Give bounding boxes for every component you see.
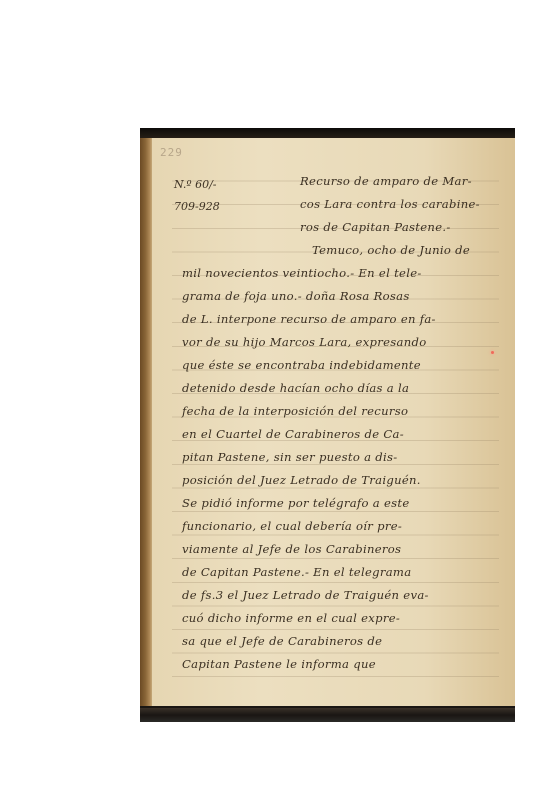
handwritten-line: sa que el Jefe de Carabineros de — [182, 634, 382, 648]
handwritten-line: Capitan Pastene le informa que — [182, 657, 376, 671]
handwritten-line: pitan Pastene, sin ser puesto a dis- — [182, 450, 397, 464]
margin-note-range: 709-928 — [174, 200, 220, 213]
handwritten-line: detenido desde hacían ocho días a la — [182, 381, 409, 395]
handwritten-line: de fs.3 el Juez Letrado de Traiguén eva- — [182, 588, 429, 602]
handwritten-line: ros de Capitan Pastene.- — [300, 220, 451, 234]
handwritten-line: en el Cuartel de Carabineros de Ca- — [182, 427, 404, 441]
ledger-page: 229 N.º 60/- 709-928 Recurso de amparo d… — [152, 138, 515, 706]
handwritten-line: funcionario, el cual debería oír pre- — [182, 519, 402, 533]
handwritten-line: Recurso de amparo de Mar- — [300, 174, 472, 188]
handwritten-line: de Capitan Pastene.- En el telegrama — [182, 565, 411, 579]
handwritten-line: cuó dicho informe en el cual expre- — [182, 611, 400, 625]
handwritten-line: vor de su hijo Marcos Lara, expresando — [182, 335, 427, 349]
book-bottom-shadow — [140, 708, 515, 722]
handwritten-line: Se pidió informe por telégrafo a este — [182, 496, 410, 510]
handwritten-line: grama de foja uno.- doña Rosa Rosas — [182, 289, 410, 303]
handwritten-line: viamente al Jefe de los Carabineros — [182, 542, 401, 556]
document-photo: 229 N.º 60/- 709-928 Recurso de amparo d… — [140, 128, 515, 722]
page-number: 229 — [160, 146, 183, 159]
handwritten-line: fecha de la interposición del recurso — [182, 404, 408, 418]
handwritten-line: cos Lara contra los carabine- — [300, 197, 480, 211]
handwritten-line: de L. interpone recurso de amparo en fa- — [182, 312, 436, 326]
handwritten-line: Temuco, ocho de Junio de — [312, 243, 470, 257]
handwritten-line: que éste se encontraba indebidamente — [182, 358, 421, 372]
margin-note-number: N.º 60/- — [174, 178, 217, 191]
light-reflection — [491, 351, 494, 354]
handwritten-line: mil novecientos veintiocho.- En el tele- — [182, 266, 422, 280]
handwritten-line: posición del Juez Letrado de Traiguén. — [182, 473, 421, 487]
